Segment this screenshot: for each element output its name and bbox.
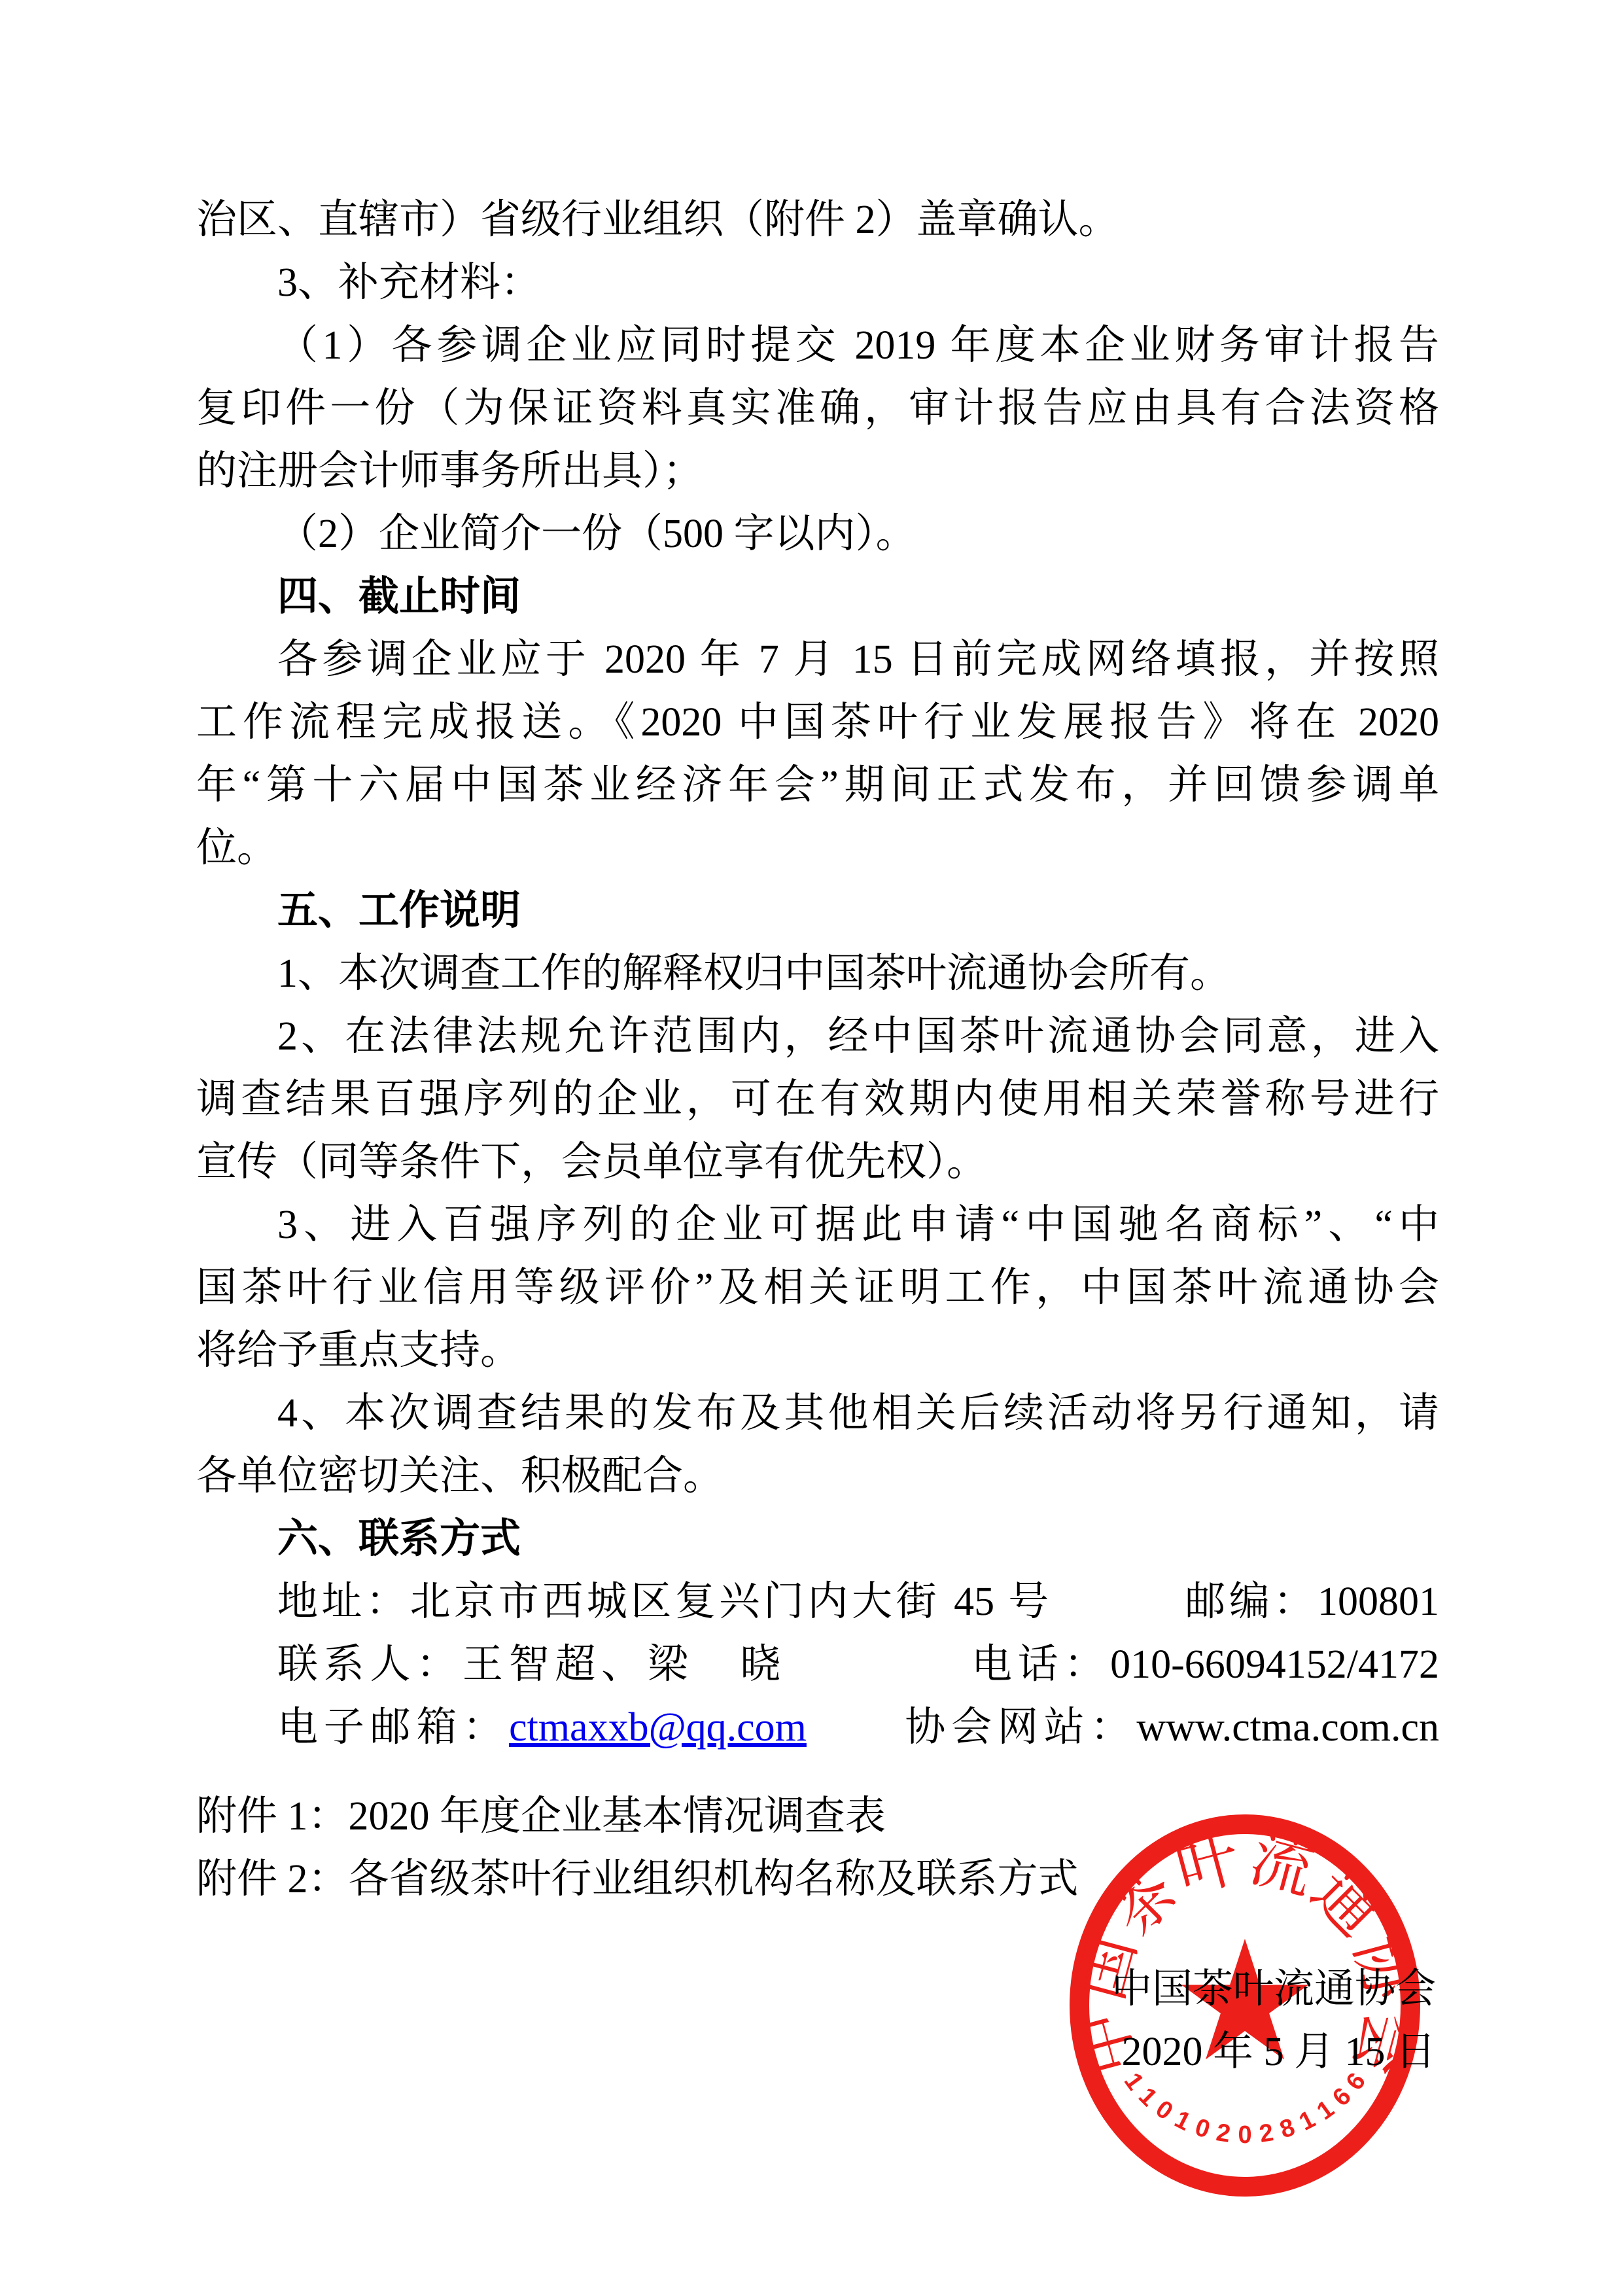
section-heading: 四、截止时间 bbox=[196, 565, 1439, 628]
text-line: 调查结果百强序列的企业，可在有效期内使用相关荣誉称号进行 bbox=[196, 1068, 1439, 1131]
text-line: 宣传（同等条件下，会员单位享有优先权）。 bbox=[196, 1131, 1439, 1193]
text-run: 宣传（同等条件下，会员单位享有优先权）。 bbox=[196, 1140, 987, 1184]
text-line: 联系人：王智超、梁 晓 电话：010-66094152/4172 bbox=[196, 1633, 1439, 1696]
text-run: 协会网站：www.ctma.com.cn bbox=[807, 1705, 1439, 1750]
text-line: 位。 bbox=[196, 817, 1439, 879]
text-line: 的注册会计师事务所出具）； bbox=[196, 440, 1439, 503]
attachment-2: 附件 2：各省级茶叶行业组织机构名称及联系方式 bbox=[196, 1848, 1439, 1911]
document-page: 治区、直辖市）省级行业组织（附件 2）盖章确认。3、补充材料：（1）各参调企业应… bbox=[0, 0, 1623, 2296]
text-line: 3、补充材料： bbox=[196, 251, 1439, 314]
text-run: 将给予重点支持。 bbox=[196, 1328, 521, 1373]
text-run: 调查结果百强序列的企业，可在有效期内使用相关荣誉称号进行 bbox=[196, 1077, 1439, 1122]
text-run: 电子邮箱： bbox=[277, 1705, 509, 1750]
svg-text:0: 0 bbox=[1192, 2113, 1213, 2144]
email-link[interactable]: ctmaxxb@qq.com bbox=[509, 1705, 807, 1750]
section-heading: 六、联系方式 bbox=[196, 1508, 1439, 1570]
svg-text:6: 6 bbox=[1327, 2083, 1357, 2112]
text-line: （2）企业简介一份（500 字以内）。 bbox=[196, 503, 1439, 565]
text-line: 3、进入百强序列的企业可据此申请“中国驰名商标”、“中 bbox=[196, 1193, 1439, 1256]
text-run: 3、进入百强序列的企业可据此申请“中国驰名商标”、“中 bbox=[277, 1203, 1439, 1247]
text-line: 电子邮箱：ctmaxxb@qq.com 协会网站：www.ctma.com.cn bbox=[196, 1696, 1439, 1759]
svg-text:1: 1 bbox=[1170, 2106, 1195, 2136]
text-line: 4、本次调查结果的发布及其他相关后续活动将另行通知，请 bbox=[196, 1382, 1439, 1445]
text-run: 3、补充材料： bbox=[277, 260, 541, 305]
text-run: 复印件一份（为保证资料真实准确，审计报告应由具有合法资格 bbox=[196, 386, 1439, 431]
document-lines: 治区、直辖市）省级行业组织（附件 2）盖章确认。3、补充材料：（1）各参调企业应… bbox=[196, 188, 1439, 1759]
attachment-1: 附件 1：2020 年度企业基本情况调查表 bbox=[196, 1785, 1439, 1848]
text-run: 地址：北京市西城区复兴门内大街 45 号 邮编：100801 bbox=[277, 1580, 1439, 1624]
text-line: 国茶叶行业信用等级评价”及相关证明工作，中国茶叶流通协会 bbox=[196, 1256, 1439, 1319]
text-run: 1、本次调查工作的解释权归中国茶叶流通协会所有。 bbox=[277, 951, 1230, 996]
text-line: 地址：北京市西城区复兴门内大街 45 号 邮编：100801 bbox=[196, 1570, 1439, 1633]
text-run: 的注册会计师事务所出具）； bbox=[196, 449, 703, 493]
svg-text:0: 0 bbox=[1151, 2095, 1178, 2125]
text-run: 年“第十六届中国茶业经济年会”期间正式发布，并回馈参调单 bbox=[196, 763, 1439, 807]
text-run: 国茶叶行业信用等级评价”及相关证明工作，中国茶叶流通协会 bbox=[196, 1265, 1439, 1310]
svg-text:2: 2 bbox=[1257, 2119, 1275, 2148]
text-line: 2、在法律法规允许范围内，经中国茶叶流通协会同意，进入 bbox=[196, 1005, 1439, 1068]
text-line: 1、本次调查工作的解释权归中国茶叶流通协会所有。 bbox=[196, 942, 1439, 1005]
text-run: 各参调企业应于 2020 年 7 月 15 日前完成网络填报，并按照 bbox=[277, 637, 1439, 682]
text-line: 复印件一份（为保证资料真实准确，审计报告应由具有合法资格 bbox=[196, 377, 1439, 440]
svg-text:0: 0 bbox=[1238, 2121, 1251, 2149]
text-line: 年“第十六届中国茶业经济年会”期间正式发布，并回馈参调单 bbox=[196, 754, 1439, 817]
text-run: 各单位密切关注、积极配合。 bbox=[196, 1454, 724, 1498]
text-run: 四、截止时间 bbox=[277, 574, 521, 619]
text-run: 4、本次调查结果的发布及其他相关后续活动将另行通知，请 bbox=[277, 1391, 1439, 1436]
section-heading: 五、工作说明 bbox=[196, 879, 1439, 942]
text-run: （2）企业简介一份（500 字以内）。 bbox=[277, 512, 916, 556]
document-body: 治区、直辖市）省级行业组织（附件 2）盖章确认。3、补充材料：（1）各参调企业应… bbox=[196, 188, 1439, 1911]
signature-block: 中国茶叶流通协会 2020 年 5 月 15 日 bbox=[1111, 1958, 1436, 2083]
text-line: 工作流程完成报送。《2020 中国茶叶行业发展报告》将在 2020 bbox=[196, 691, 1439, 754]
text-line: 治区、直辖市）省级行业组织（附件 2）盖章确认。 bbox=[196, 188, 1439, 251]
text-run: 治区、直辖市）省级行业组织（附件 2）盖章确认。 bbox=[196, 198, 1119, 242]
signature-date: 2020 年 5 月 15 日 bbox=[1111, 2021, 1436, 2083]
svg-text:1: 1 bbox=[1133, 2083, 1162, 2112]
svg-text:2: 2 bbox=[1214, 2119, 1232, 2148]
text-line: （1）各参调企业应同时提交 2019 年度本企业财务审计报告 bbox=[196, 314, 1439, 377]
svg-text:1: 1 bbox=[1312, 2095, 1340, 2125]
svg-text:8: 8 bbox=[1276, 2113, 1298, 2144]
text-run: （1）各参调企业应同时提交 2019 年度本企业财务审计报告 bbox=[277, 323, 1439, 368]
text-run: 联系人：王智超、梁 晓 电话：010-66094152/4172 bbox=[277, 1642, 1439, 1687]
text-run: 五、工作说明 bbox=[277, 889, 521, 933]
text-run: 位。 bbox=[196, 826, 277, 870]
text-run: 六、联系方式 bbox=[277, 1517, 521, 1561]
text-run: 2、在法律法规允许范围内，经中国茶叶流通协会同意，进入 bbox=[277, 1014, 1439, 1059]
text-line: 各单位密切关注、积极配合。 bbox=[196, 1445, 1439, 1508]
svg-text:1: 1 bbox=[1295, 2106, 1319, 2136]
text-line: 将给予重点支持。 bbox=[196, 1319, 1439, 1382]
text-line: 各参调企业应于 2020 年 7 月 15 日前完成网络填报，并按照 bbox=[196, 628, 1439, 691]
text-run: 工作流程完成报送。《2020 中国茶叶行业发展报告》将在 2020 bbox=[196, 700, 1439, 745]
signature-org: 中国茶叶流通协会 bbox=[1111, 1958, 1436, 2021]
